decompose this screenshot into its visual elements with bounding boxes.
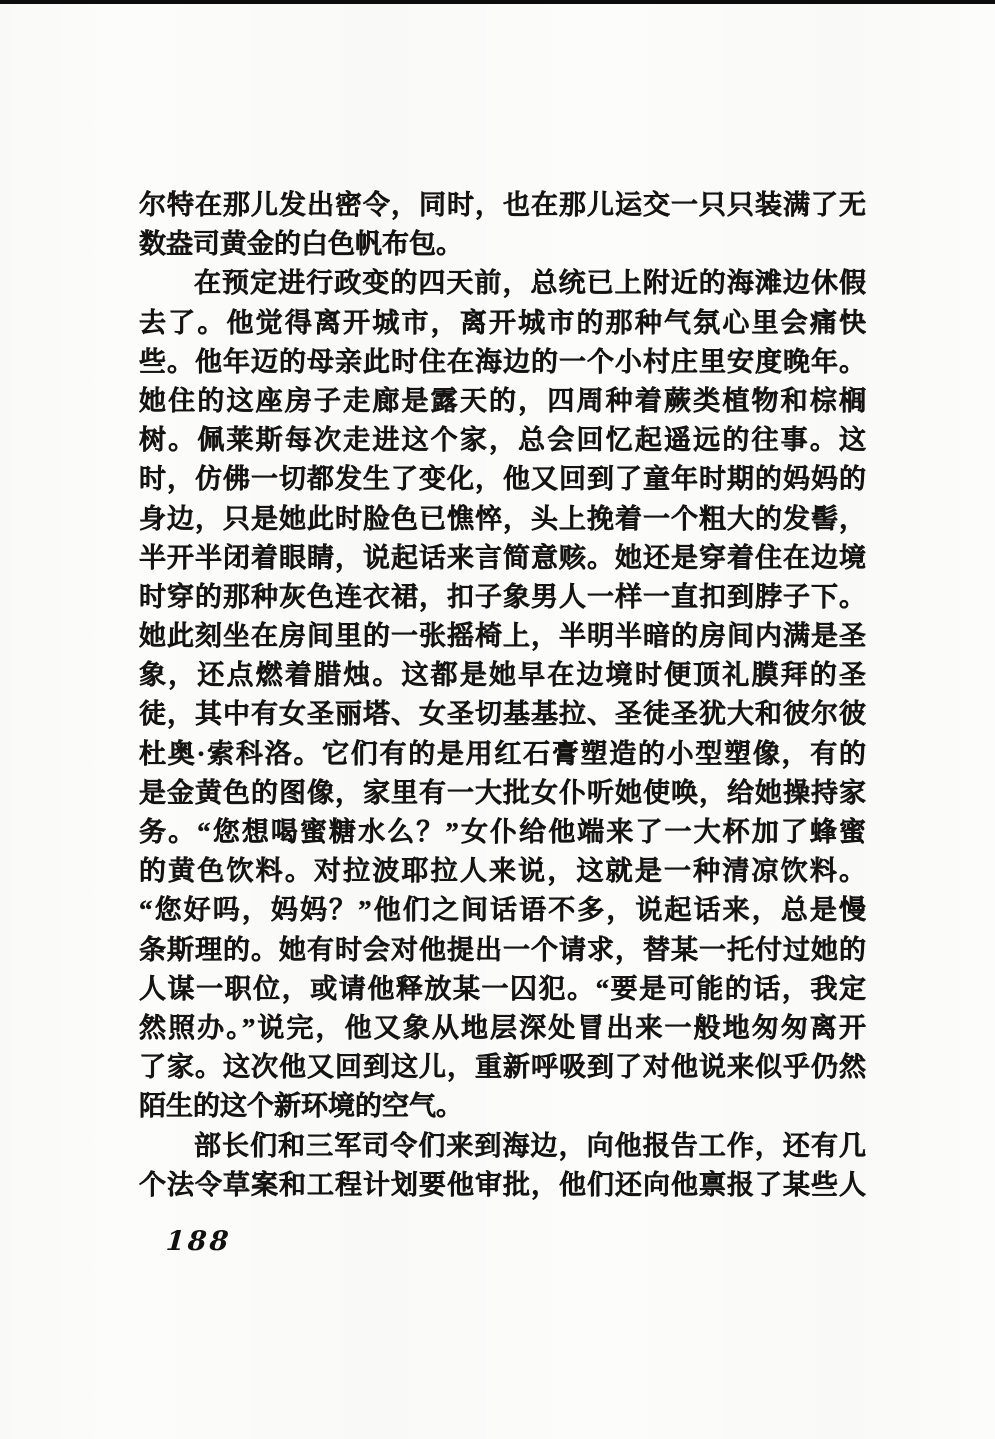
text-line: 象，还点燃着腊烛。这都是她早在边境时便顶礼膜拜的圣 [139,656,866,695]
text-line: 条斯理的。她有时会对他提出一个请求，替某一托付过她的 [139,931,866,970]
text-line: 尔特在那儿发出密令，同时，也在那儿运交一只只装满了无 [139,186,866,225]
text-line: 去了。他觉得离开城市，离开城市的那种气氛心里会痛快 [139,304,866,343]
text-line: 务。“您想喝蜜糖水么？”女仆给他端来了一大杯加了蜂蜜 [139,813,866,852]
page-number: 188 [165,1226,233,1257]
text-line: “您好吗，妈妈？”他们之间话语不多，说起话来，总是慢 [139,891,866,930]
text-line: 身边，只是她此时脸色已憔悴，头上挽着一个粗大的发髻， [139,500,866,539]
text-line: 树。佩莱斯每次走进这个家，总会回忆起遥远的往事。这 [139,421,866,460]
text-line: 徒，其中有女圣丽塔、女圣切基基拉、圣徒圣犹大和彼尔彼 [139,695,866,734]
book-page: 尔特在那儿发出密令，同时，也在那儿运交一只只装满了无数盎司黄金的白色帆布包。在预… [0,0,995,1439]
text-line: 了家。这次他又回到这儿，重新呼吸到了对他说来似乎仍然 [139,1048,866,1087]
text-line: 部长们和三军司令们来到海边，向他报告工作，还有几 [139,1127,866,1166]
text-line: 人谋一职位，或请他释放某一囚犯。“要是可能的话，我定 [139,970,866,1009]
text-line: 半开半闭着眼睛，说起话来言简意赅。她还是穿着住在边境 [139,539,866,578]
text-line: 时，仿佛一切都发生了变化，他又回到了童年时期的妈妈的 [139,460,866,499]
text-line: 的黄色饮料。对拉波耶拉人来说，这就是一种清凉饮料。 [139,852,866,891]
text-line: 她住的这座房子走廊是露天的，四周种着蕨类植物和棕榈 [139,382,866,421]
scan-edge-top [0,0,995,4]
text-line: 个法令草案和工程计划要他审批，他们还向他禀报了某些人 [139,1166,866,1205]
text-line: 在预定进行政变的四天前，总统已上附近的海滩边休假 [139,264,866,303]
text-line: 是金黄色的图像，家里有一大批女仆听她使唤，给她操持家 [139,774,866,813]
text-line: 数盎司黄金的白色帆布包。 [139,225,866,264]
text-line: 陌生的这个新环境的空气。 [139,1087,866,1126]
text-line: 些。他年迈的母亲此时住在海边的一个小村庄里安度晚年。 [139,343,866,382]
page-text: 尔特在那儿发出密令，同时，也在那儿运交一只只装满了无数盎司黄金的白色帆布包。在预… [139,186,866,1205]
text-line: 杜奥·索科洛。它们有的是用红石膏塑造的小型塑像，有的 [139,735,866,774]
text-line: 然照办。”说完，他又象从地层深处冒出来一般地匆匆离开 [139,1009,866,1048]
text-line: 她此刻坐在房间里的一张摇椅上，半明半暗的房间内满是圣 [139,617,866,656]
text-line: 时穿的那种灰色连衣裙，扣子象男人一样一直扣到脖子下。 [139,578,866,617]
